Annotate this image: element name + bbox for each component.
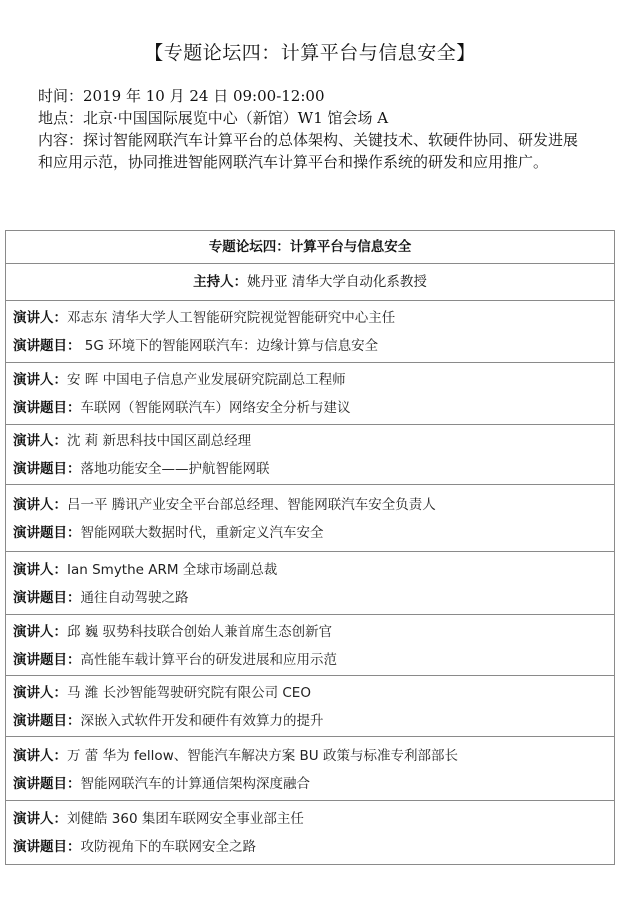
topic-value: 通往自动驾驶之路 <box>81 590 189 606</box>
speaker-row: 演讲人：安 晖 中国电子信息产业发展研究院副总工程师 演讲题目：车联网（智能网联… <box>6 363 614 425</box>
forum-info: 时间：2019 年 10 月 24 日 09:00-12:00 地点：北京·中国… <box>38 85 588 173</box>
host-label: 主持人： <box>193 274 247 290</box>
speaker-row: 演讲人：邱 巍 驭势科技联合创始人兼首席生态创新官 演讲题目：高性能车载计算平台… <box>6 615 614 676</box>
speaker-label: 演讲人： <box>13 497 67 513</box>
speaker-label: 演讲人： <box>13 748 67 764</box>
table-title-row: 专题论坛四：计算平台与信息安全 <box>6 231 614 264</box>
topic-line: 演讲题目：智能网联汽车的计算通信架构深度融合 <box>13 770 614 798</box>
time-label: 时间： <box>38 87 83 105</box>
speaker-value: 安 晖 中国电子信息产业发展研究院副总工程师 <box>67 372 346 388</box>
speaker-line: 演讲人：沈 莉 新思科技中国区副总经理 <box>13 427 614 455</box>
topic-line: 演讲题目：高性能车载计算平台的研发进展和应用示范 <box>13 646 614 674</box>
speaker-value: Ian Smythe ARM 全球市场副总裁 <box>67 562 277 578</box>
speaker-line: 演讲人：Ian Smythe ARM 全球市场副总裁 <box>13 556 614 584</box>
topic-line: 演讲题目：深嵌入式软件开发和硬件有效算力的提升 <box>13 707 614 735</box>
table-title: 专题论坛四：计算平台与信息安全 <box>209 239 412 255</box>
speaker-line: 演讲人：安 晖 中国电子信息产业发展研究院副总工程师 <box>13 366 614 394</box>
speaker-value: 万 蕾 华为 fellow、智能汽车解决方案 BU 政策与标准专利部部长 <box>67 748 458 764</box>
topic-line: 演讲题目：攻防视角下的车联网安全之路 <box>13 833 614 861</box>
time-line: 时间：2019 年 10 月 24 日 09:00-12:00 <box>38 85 588 107</box>
topic-label: 演讲题目： <box>13 525 81 541</box>
speaker-row: 演讲人：刘健皓 360 集团车联网安全事业部主任 演讲题目：攻防视角下的车联网安… <box>6 801 614 864</box>
speaker-value: 邓志东 清华大学人工智能研究院视觉智能研究中心主任 <box>67 310 395 326</box>
topic-value: 落地功能安全——护航智能网联 <box>81 461 270 477</box>
topic-label: 演讲题目： <box>13 839 81 855</box>
location-value: 北京·中国国际展览中心（新馆）W1 馆会场 A <box>83 109 388 127</box>
agenda-table: 专题论坛四：计算平台与信息安全 主持人：姚丹亚 清华大学自动化系教授 演讲人：邓… <box>5 230 615 865</box>
speaker-value: 刘健皓 360 集团车联网安全事业部主任 <box>67 811 304 827</box>
speaker-label: 演讲人： <box>13 433 67 449</box>
content-line: 内容：探讨智能网联汽车计算平台的总体架构、关键技术、软硬件协同、研发进展和应用示… <box>38 129 588 173</box>
speaker-label: 演讲人： <box>13 372 67 388</box>
topic-label: 演讲题目： <box>13 652 81 668</box>
topic-line: 演讲题目： 5G 环境下的智能网联汽车：边缘计算与信息安全 <box>13 332 614 360</box>
topic-value: 智能网联大数据时代，重新定义汽车安全 <box>81 525 324 541</box>
speaker-label: 演讲人： <box>13 310 67 326</box>
speaker-value: 马 潍 长沙智能驾驶研究院有限公司 CEO <box>67 685 311 701</box>
speaker-row: 演讲人：邓志东 清华大学人工智能研究院视觉智能研究中心主任 演讲题目： 5G 环… <box>6 301 614 363</box>
topic-label: 演讲题目： <box>13 461 81 477</box>
speaker-row: 演讲人：沈 莉 新思科技中国区副总经理 演讲题目：落地功能安全——护航智能网联 <box>6 425 614 485</box>
speaker-value: 邱 巍 驭势科技联合创始人兼首席生态创新官 <box>67 624 332 640</box>
speaker-line: 演讲人：刘健皓 360 集团车联网安全事业部主任 <box>13 805 614 833</box>
topic-line: 演讲题目：车联网（智能网联汽车）网络安全分析与建议 <box>13 394 614 422</box>
speaker-label: 演讲人： <box>13 624 67 640</box>
topic-value: 5G 环境下的智能网联汽车：边缘计算与信息安全 <box>81 338 379 354</box>
speaker-label: 演讲人： <box>13 685 67 701</box>
speaker-row: 演讲人：吕一平 腾讯产业安全平台部总经理、智能网联汽车安全负责人 演讲题目：智能… <box>6 485 614 552</box>
speaker-line: 演讲人：吕一平 腾讯产业安全平台部总经理、智能网联汽车安全负责人 <box>13 491 614 519</box>
topic-label: 演讲题目： <box>13 590 81 606</box>
speaker-value: 沈 莉 新思科技中国区副总经理 <box>67 433 251 449</box>
speaker-row: 演讲人：万 蕾 华为 fellow、智能汽车解决方案 BU 政策与标准专利部部长… <box>6 737 614 801</box>
content-label: 内容： <box>38 131 83 149</box>
topic-value: 车联网（智能网联汽车）网络安全分析与建议 <box>81 400 351 416</box>
content-value: 探讨智能网联汽车计算平台的总体架构、关键技术、软硬件协同、研发进展和应用示范，协… <box>38 131 578 171</box>
host-row: 主持人：姚丹亚 清华大学自动化系教授 <box>6 264 614 301</box>
location-label: 地点： <box>38 109 83 127</box>
speaker-label: 演讲人： <box>13 562 67 578</box>
speaker-line: 演讲人：邓志东 清华大学人工智能研究院视觉智能研究中心主任 <box>13 304 614 332</box>
topic-value: 攻防视角下的车联网安全之路 <box>81 839 257 855</box>
speaker-value: 吕一平 腾讯产业安全平台部总经理、智能网联汽车安全负责人 <box>67 497 436 513</box>
speaker-label: 演讲人： <box>13 811 67 827</box>
topic-label: 演讲题目： <box>13 400 81 416</box>
speaker-line: 演讲人：万 蕾 华为 fellow、智能汽车解决方案 BU 政策与标准专利部部长 <box>13 742 614 770</box>
topic-value: 智能网联汽车的计算通信架构深度融合 <box>81 776 311 792</box>
topic-value: 深嵌入式软件开发和硬件有效算力的提升 <box>81 713 324 729</box>
speaker-row: 演讲人：马 潍 长沙智能驾驶研究院有限公司 CEO 演讲题目：深嵌入式软件开发和… <box>6 676 614 737</box>
host-value: 姚丹亚 清华大学自动化系教授 <box>247 274 427 290</box>
document-title: 【专题论坛四：计算平台与信息安全】 <box>0 40 620 66</box>
topic-label: 演讲题目： <box>13 776 81 792</box>
topic-label: 演讲题目： <box>13 713 81 729</box>
speaker-row: 演讲人：Ian Smythe ARM 全球市场副总裁 演讲题目：通往自动驾驶之路 <box>6 552 614 615</box>
topic-line: 演讲题目：落地功能安全——护航智能网联 <box>13 455 614 483</box>
topic-line: 演讲题目：智能网联大数据时代，重新定义汽车安全 <box>13 519 614 547</box>
topic-label: 演讲题目： <box>13 338 81 354</box>
location-line: 地点：北京·中国国际展览中心（新馆）W1 馆会场 A <box>38 107 588 129</box>
topic-line: 演讲题目：通往自动驾驶之路 <box>13 584 614 612</box>
topic-value: 高性能车载计算平台的研发进展和应用示范 <box>81 652 338 668</box>
speaker-line: 演讲人：邱 巍 驭势科技联合创始人兼首席生态创新官 <box>13 618 614 646</box>
speaker-line: 演讲人：马 潍 长沙智能驾驶研究院有限公司 CEO <box>13 679 614 707</box>
time-value: 2019 年 10 月 24 日 09:00-12:00 <box>83 87 324 105</box>
